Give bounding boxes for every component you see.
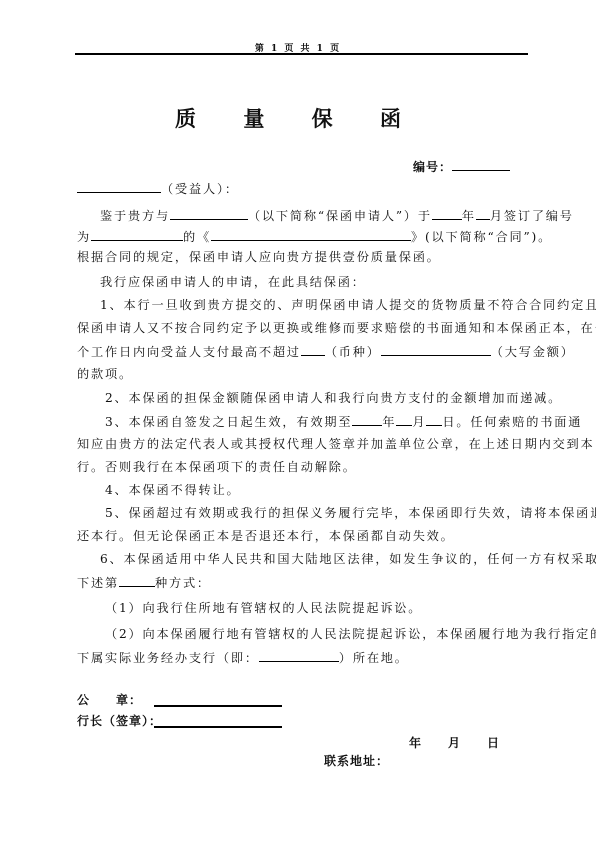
intro-line-3: 根据合同的规定，保函申请人应向贵方提供壹份质量保函。 <box>77 249 441 265</box>
text: 》(以下简称“合同”)。 <box>411 230 552 244</box>
text: 月签订了编号 <box>490 209 574 223</box>
clause6-line1: 6、本保函适用中华人民共和国大陆地区法律，如发生争议的，任何一方有权采取 <box>100 551 596 567</box>
clause3-line1: 3、本保函自签发之日起生效，有效期至年月日。任何索赔的书面通 <box>105 413 582 430</box>
currency-blank[interactable] <box>301 343 325 356</box>
contract-number-blank[interactable] <box>91 228 183 241</box>
number-label: 编号： <box>413 160 452 174</box>
text: 日。任何索赔的书面通 <box>442 415 582 429</box>
text: 3、本保函自签发之日起生效，有效期至 <box>105 415 352 429</box>
month-blank[interactable] <box>476 207 490 220</box>
number-blank[interactable] <box>452 158 510 171</box>
text: （币种） <box>325 345 381 359</box>
document-title: 质 量 保 函 <box>0 103 596 133</box>
seal-signature-line[interactable] <box>154 705 282 707</box>
clause1-line3: 个工作日内向受益人支付最高不超过（币种）（大写金额） <box>77 343 575 360</box>
expiry-month-blank[interactable] <box>396 413 412 426</box>
clause1-line2: 保函申请人又不按合同约定予以更换或维修而要求赔偿的书面通知和本保函正本，在七 <box>77 320 596 336</box>
clause5-line1: 5、保函超过有效期或我行的担保义务履行完毕，本保函即行失效，请将本保函退 <box>105 505 596 521</box>
text: 月 <box>412 415 426 429</box>
option-1: （1）向我行住所地有管辖权的人民法院提起诉讼。 <box>105 600 422 616</box>
signature-date: 年 月 日 <box>409 735 500 751</box>
clause3-line3: 行。否则我行在本保函项下的责任自动解除。 <box>77 459 357 475</box>
method-blank[interactable] <box>119 574 155 587</box>
text: （大写金额） <box>491 345 575 359</box>
text: 年 <box>462 209 476 223</box>
year-blank[interactable] <box>432 207 462 220</box>
beneficiary-line: （受益人）： <box>77 180 239 197</box>
beneficiary-blank[interactable] <box>77 180 161 193</box>
text: 种方式： <box>155 576 211 590</box>
header-rule <box>75 53 528 55</box>
text: 个工作日内向受益人支付最高不超过 <box>77 345 301 359</box>
president-label: 行长（签章）： <box>77 713 162 729</box>
option-2-line2: 下属实际业务经办支行（即：）所在地。 <box>77 649 409 666</box>
address-label: 联系地址： <box>324 753 389 769</box>
clause6-line2: 下述第种方式： <box>77 574 211 591</box>
text: 为 <box>77 230 91 244</box>
intro-line-2: 为的《》(以下简称“合同”)。 <box>77 228 552 245</box>
text: 下属实际业务经办支行（即： <box>77 651 259 665</box>
contract-name-blank[interactable] <box>211 228 411 241</box>
option-2-line1: （2）向本保函履行地有管辖权的人民法院提起诉讼，本保函履行地为我行指定的 <box>105 626 596 642</box>
text: 下述第 <box>77 576 119 590</box>
clause3-line2: 知应由贵方的法定代表人或其授权代理人签章并加盖单位公章，在上述日期内交到本 <box>77 436 595 452</box>
clause1-line4: 的款项。 <box>77 366 133 382</box>
intro-line-1: 鉴于贵方与（以下简称“保函申请人”）于年月签订了编号 <box>100 207 574 224</box>
number-field: 编号： <box>413 158 510 175</box>
clause2: 2、本保函的担保金额随保函申请人和我行向贵方支付的金额增加而递减。 <box>105 390 562 406</box>
text: （以下简称“保函申请人”）于 <box>248 209 432 223</box>
preamble: 我行应保函申请人的申请，在此具结保函： <box>100 274 366 290</box>
president-signature-line[interactable] <box>154 726 282 728</box>
applicant-blank[interactable] <box>170 207 248 220</box>
text: 的《 <box>183 230 211 244</box>
clause1-line1: 1、本行一旦收到贵方提交的、声明保函申请人提交的货物质量不符合合同约定且 <box>100 297 596 313</box>
branch-blank[interactable] <box>259 649 339 662</box>
text: ）所在地。 <box>339 651 409 665</box>
beneficiary-suffix: （受益人）： <box>161 182 239 196</box>
text: 年 <box>382 415 396 429</box>
clause5-line2: 还本行。但无论保函正本是否退还本行，本保函都自动失效。 <box>77 528 455 544</box>
expiry-year-blank[interactable] <box>352 413 382 426</box>
text: 鉴于贵方与 <box>100 209 170 223</box>
seal-label: 公 章： <box>77 692 142 708</box>
clause4: 4、本保函不得转让。 <box>105 482 240 498</box>
expiry-day-blank[interactable] <box>426 413 442 426</box>
amount-blank[interactable] <box>381 343 491 356</box>
